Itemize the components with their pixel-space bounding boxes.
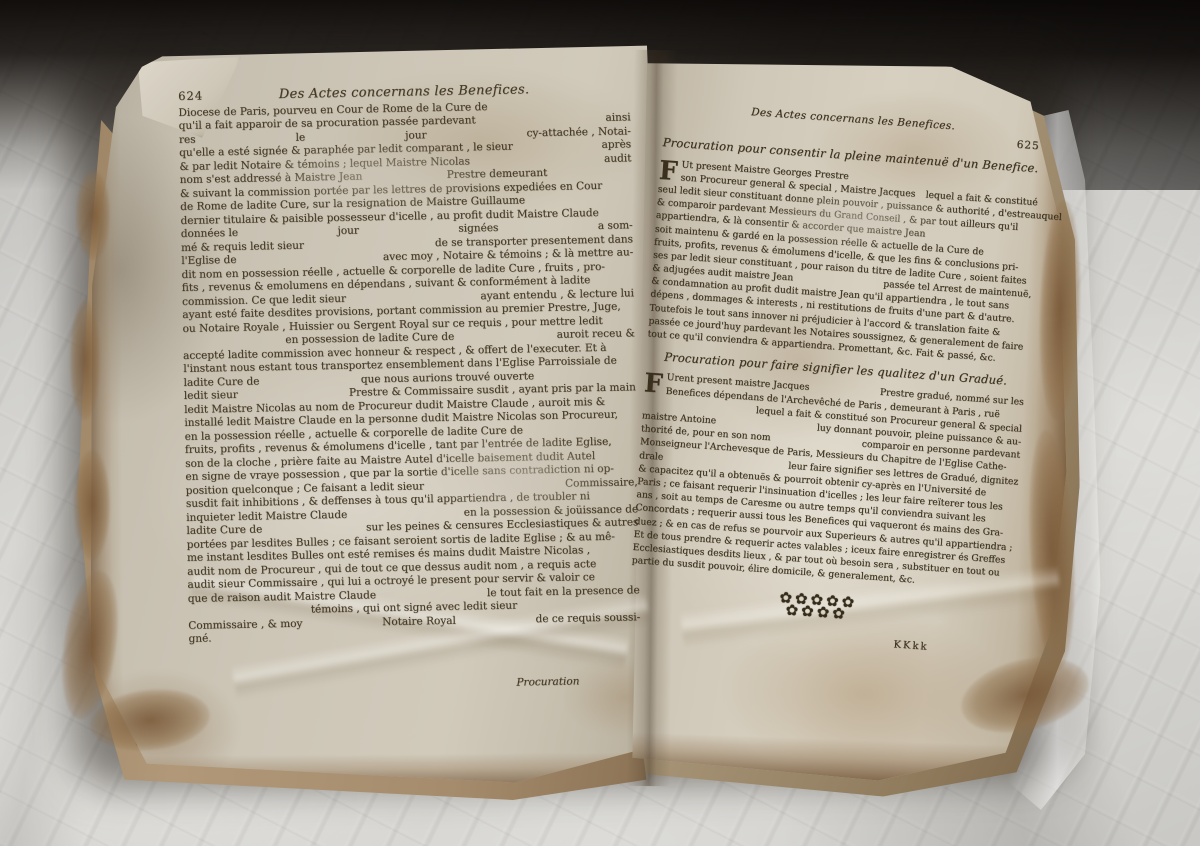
torn-spine-edge bbox=[76, 170, 110, 260]
torn-spine-edge bbox=[74, 450, 110, 560]
drop-cap-1: F bbox=[658, 157, 678, 184]
page-number-left: 624 bbox=[178, 89, 224, 103]
photo-scene: 624 Des Actes concernans les Benefices. … bbox=[0, 0, 1200, 846]
printer-ornament: ✿✿✿✿✿ ✿✿✿✿ bbox=[778, 592, 1009, 632]
section-1: F Ut present Maistre Georges Prestreson … bbox=[647, 156, 1039, 367]
section-1-text: Ut present Maistre Georges Prestreson Pr… bbox=[647, 156, 1039, 367]
section-2-text: Urent present maistre JacquesPrestre gra… bbox=[631, 370, 1024, 594]
right-page-text: Des Actes concernans les Benefices. 625 … bbox=[627, 100, 1043, 660]
left-body-text: Diocese de Paris, pourveu en Cour de Rom… bbox=[178, 98, 640, 647]
left-page-text: 624 Des Actes concernans les Benefices. … bbox=[178, 81, 642, 696]
torn-spine-edge bbox=[70, 300, 100, 420]
header-spacer bbox=[584, 91, 630, 92]
drop-cap-2: F bbox=[643, 371, 663, 398]
section-2: F Urent present maistre JacquesPrestre g… bbox=[631, 370, 1024, 594]
